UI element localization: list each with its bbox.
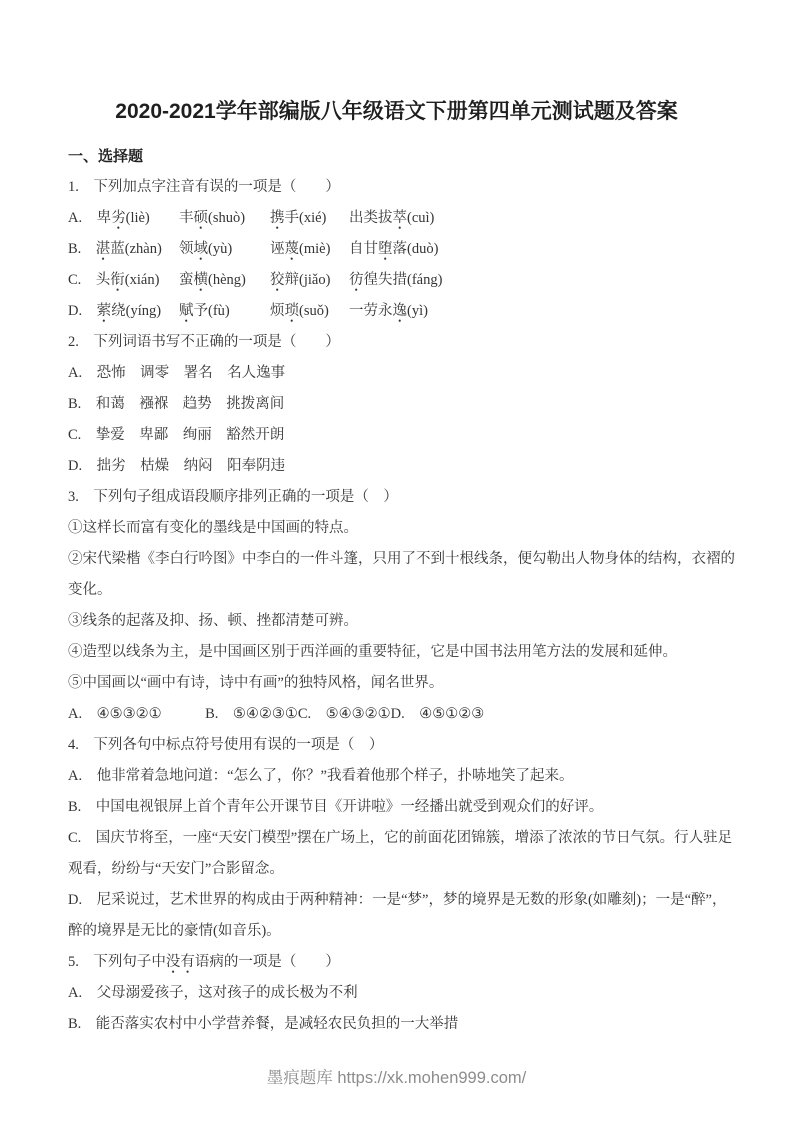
question-3-sentence-4: ④造型以线条为主，是中国画区别于西洋画的重要特征，它是中国书法用笔方法的发展和延… <box>68 637 735 668</box>
question-3-sentence-5: ⑤中国画以“画中有诗，诗中有画”的独特风格，闻名世界。 <box>68 668 735 699</box>
option-word: 丰硕(shuò) <box>179 203 270 234</box>
question-2-stem: 2. 下列词语书写不正确的一项是（ ） <box>68 327 735 358</box>
question-3-sentence-2-cont: 变化。 <box>68 575 735 606</box>
question-5-option-a: A. 父母溺爱孩子，这对孩子的成长极为不利 <box>68 978 735 1009</box>
option-word: 携手(xié) <box>270 203 349 234</box>
site-footer: 墨痕题库 https://xk.mohen999.com/ <box>0 1064 793 1088</box>
question-2-option-d: D. 拙劣 枯燥 纳闷 阳奉阴违 <box>68 451 735 482</box>
question-1-option-b: B. 湛蓝(zhàn)领域(yù)诬蔑(miè)自甘堕落(duò) <box>68 234 735 265</box>
question-3-answer-options: A. ④⑤③②① B. ⑤④②③①C. ⑤④③②①D. ④⑤①②③ <box>68 699 735 730</box>
page-title: 2020-2021学年部编版八年级语文下册第四单元测试题及答案 <box>0 0 793 125</box>
question-3-stem: 3. 下列句子组成语段顺序排列正确的一项是（ ） <box>68 482 735 513</box>
option-word: 狡辩(jiǎo) <box>270 265 349 296</box>
option-word: 领域(yù) <box>179 234 270 265</box>
question-3-sentence-2: ②宋代梁楷《李白行吟图》中李白的一件斗篷，只用了不到十根线条，便勾勒出人物身体的… <box>68 544 735 575</box>
question-1-option-d: D. 萦绕(yíng)赋予(fù)烦琐(suǒ)一劳永逸(yì) <box>68 296 735 327</box>
option-word: B. 湛蓝(zhàn) <box>68 234 179 265</box>
option-word: D. 萦绕(yíng) <box>68 296 179 327</box>
question-5-stem: 5. 下列句子中没有语病的一项是（ ） <box>68 947 735 978</box>
option-word: A. 卑劣(liè) <box>68 203 179 234</box>
question-2-option-a: A. 恐怖 调零 署名 名人逸事 <box>68 358 735 389</box>
question-2-option-c: C. 挚爱 卑鄙 绚丽 豁然开朗 <box>68 420 735 451</box>
question-4-option-b: B. 中国电视银屏上首个青年公开课节目《开讲啦》一经播出就受到观众们的好评。 <box>68 792 735 823</box>
question-4-option-d-cont: 醉的境界是无比的豪情(如音乐)。 <box>68 916 735 947</box>
question-5-option-b: B. 能否落实农村中小学营养餐，是减轻农民负担的一大举措 <box>68 1009 735 1040</box>
question-1-option-c: C. 头衔(xián)蛮横(hèng)狡辩(jiǎo)彷徨失措(fáng) <box>68 265 735 296</box>
question-2-option-b: B. 和蔼 襁褓 趋势 挑拨离间 <box>68 389 735 420</box>
option-word: 诬蔑(miè) <box>270 234 349 265</box>
section-heading: 一、选择题 <box>68 141 735 172</box>
option-word: 蛮横(hèng) <box>179 265 270 296</box>
question-1-option-a: A. 卑劣(liè)丰硕(shuò)携手(xié)出类拔萃(cuì) <box>68 203 735 234</box>
option-word: 赋予(fù) <box>179 296 270 327</box>
question-4-option-a: A. 他非常着急地问道：“怎么了，你？”我看着他那个样子，扑哧地笑了起来。 <box>68 761 735 792</box>
question-4-option-c-cont: 观看，纷纷与“天安门”合影留念。 <box>68 854 735 885</box>
option-word: 一劳永逸(yì) <box>349 296 428 327</box>
option-word: 烦琐(suǒ) <box>270 296 349 327</box>
option-word: C. 头衔(xián) <box>68 265 179 296</box>
question-3-sentence-1: ①这样长而富有变化的墨线是中国画的特点。 <box>68 513 735 544</box>
question-1-stem: 1. 下列加点字注音有误的一项是（ ） <box>68 172 735 203</box>
question-4-option-c: C. 国庆节将至，一座“天安门模型”摆在广场上，它的前面花团锦簇，增添了浓浓的节… <box>68 823 735 854</box>
question-3-sentence-3: ③线条的起落及抑、扬、顿、挫都清楚可辨。 <box>68 606 735 637</box>
question-4-stem: 4. 下列各句中标点符号使用有误的一项是（ ） <box>68 730 735 761</box>
document-page: 2020-2021学年部编版八年级语文下册第四单元测试题及答案 一、选择题 1.… <box>0 0 793 1122</box>
question-4-option-d: D. 尼采说过，艺术世界的构成由于两种精神：一是“梦”，梦的境界是无数的形象(如… <box>68 885 735 916</box>
option-word: 彷徨失措(fáng) <box>349 265 442 296</box>
document-body: 一、选择题 1. 下列加点字注音有误的一项是（ ） A. 卑劣(liè)丰硕(s… <box>0 125 793 1040</box>
footer-text: 墨痕题库 https://xk.mohen999.com/ <box>267 1069 527 1087</box>
option-word: 自甘堕落(duò) <box>349 234 438 265</box>
option-word: 出类拔萃(cuì) <box>349 203 434 234</box>
